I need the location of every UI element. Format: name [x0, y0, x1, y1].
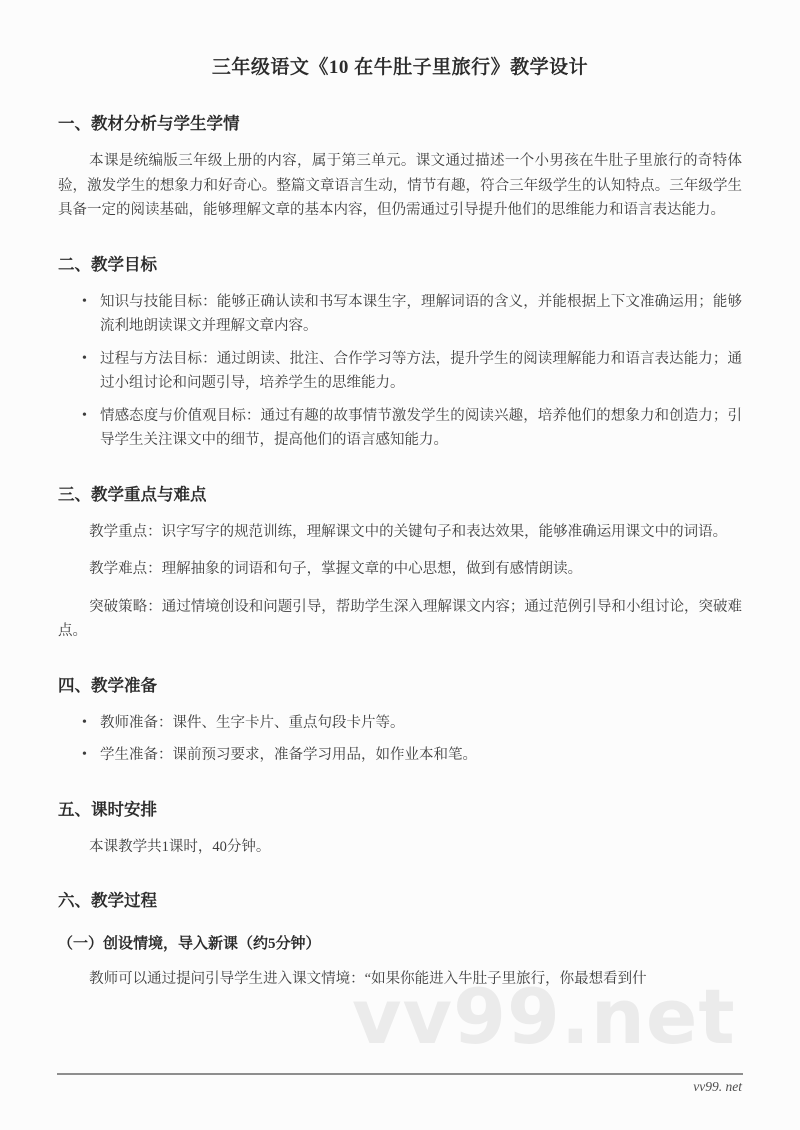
bullet-icon: • — [82, 347, 87, 372]
section-heading-3: 三、教学重点与难点 — [58, 483, 742, 506]
section-teaching-preparation: 四、教学准备 •教师准备：课件、生字卡片、重点句段卡片等。 •学生准备：课前预习… — [58, 674, 742, 768]
paragraph: 本课是统编版三年级上册的内容，属于第三单元。课文通过描述一个小男孩在牛肚子里旅行… — [58, 149, 742, 223]
section-heading-1: 一、教材分析与学生学情 — [58, 112, 742, 135]
section-heading-5: 五、课时安排 — [58, 798, 742, 821]
paragraph: 教师可以通过提问引导学生进入课文情境：“如果你能进入牛肚子里旅行，你最想看到什 — [58, 967, 742, 992]
section-heading-4: 四、教学准备 — [58, 674, 742, 697]
list-item: •教师准备：课件、生字卡片、重点句段卡片等。 — [100, 711, 742, 736]
footer-divider: vv99. net — [57, 1073, 743, 1075]
paragraph: 本课教学共1课时，40分钟。 — [58, 835, 742, 860]
goal-list: •知识与技能目标：能够正确认读和书写本课生字，理解词语的含义，并能根据上下文准确… — [58, 290, 742, 453]
section-teaching-process: 六、教学过程 （一）创设情境，导入新课（约5分钟） 教师可以通过提问引导学生进入… — [58, 889, 742, 992]
list-item: •过程与方法目标：通过朗读、批注、合作学习等方法，提升学生的阅读理解能力和语言表… — [100, 347, 742, 396]
list-item: •情感态度与价值观目标：通过有趣的故事情节激发学生的阅读兴趣，培养他们的想象力和… — [100, 404, 742, 453]
list-item: •学生准备：课前预习要求，准备学习用品，如作业本和笔。 — [100, 743, 742, 768]
preparation-list: •教师准备：课件、生字卡片、重点句段卡片等。 •学生准备：课前预习要求，准备学习… — [58, 711, 742, 768]
list-item: •知识与技能目标：能够正确认读和书写本课生字，理解词语的含义，并能根据上下文准确… — [100, 290, 742, 339]
page-title: 三年级语文《10 在牛肚子里旅行》教学设计 — [58, 54, 742, 82]
section-class-schedule: 五、课时安排 本课教学共1课时，40分钟。 — [58, 798, 742, 860]
list-item-text: 教师准备：课件、生字卡片、重点句段卡片等。 — [100, 715, 405, 731]
bullet-icon: • — [82, 743, 87, 768]
section-material-analysis: 一、教材分析与学生学情 本课是统编版三年级上册的内容，属于第三单元。课文通过描述… — [58, 112, 742, 223]
section-teaching-goals: 二、教学目标 •知识与技能目标：能够正确认读和书写本课生字，理解词语的含义，并能… — [58, 253, 742, 453]
bullet-icon: • — [82, 290, 87, 315]
paragraph: 教学难点：理解抽象的词语和句子，掌握文章的中心思想，做到有感情朗读。 — [58, 557, 742, 582]
subsection-heading-intro: （一）创设情境，导入新课（约5分钟） — [58, 934, 742, 955]
list-item-text: 情感态度与价值观目标：通过有趣的故事情节激发学生的阅读兴趣，培养他们的想象力和创… — [100, 408, 742, 449]
footer-site-text: vv99. net — [693, 1079, 742, 1095]
list-item-text: 学生准备：课前预习要求，准备学习用品，如作业本和笔。 — [100, 747, 477, 763]
list-item-text: 知识与技能目标：能够正确认读和书写本课生字，理解词语的含义，并能根据上下文准确运… — [100, 294, 742, 335]
bullet-icon: • — [82, 711, 87, 736]
section-key-difficult-points: 三、教学重点与难点 教学重点：识字写字的规范训练，理解课文中的关键句子和表达效果… — [58, 483, 742, 644]
section-heading-6: 六、教学过程 — [58, 889, 742, 912]
paragraph: 突破策略：通过情境创设和问题引导，帮助学生深入理解课文内容；通过范例引导和小组讨… — [58, 595, 742, 644]
section-heading-2: 二、教学目标 — [58, 253, 742, 276]
list-item-text: 过程与方法目标：通过朗读、批注、合作学习等方法，提升学生的阅读理解能力和语言表达… — [100, 351, 742, 392]
document-page: 三年级语文《10 在牛肚子里旅行》教学设计 一、教材分析与学生学情 本课是统编版… — [0, 0, 800, 992]
paragraph: 教学重点：识字写字的规范训练，理解课文中的关键句子和表达效果，能够准确运用课文中… — [58, 520, 742, 545]
bullet-icon: • — [82, 404, 87, 429]
